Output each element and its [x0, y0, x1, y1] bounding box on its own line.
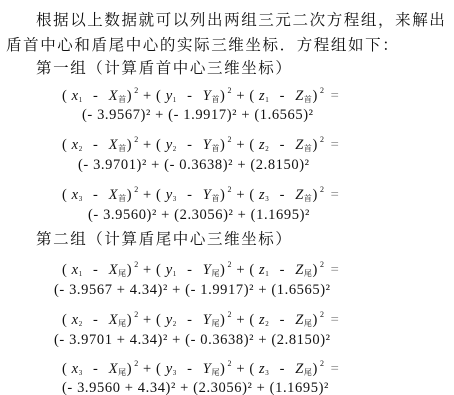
group2-title: 第二组（计算盾尾中心三维坐标） — [36, 229, 293, 249]
group1-title: 第一组（计算盾首中心三维坐标） — [36, 58, 293, 78]
group2-eq3-rhs: (- 3.9560 + 4.34)² + (2.3056)² + (1.1695… — [62, 378, 329, 395]
intro-line-2: 盾首中心和盾尾中心的实际三维坐标．方程组如下： — [6, 35, 399, 55]
group1-eq2-rhs: (- 3.9701)² + (- 0.3638)² + (2.8150)² — [78, 155, 310, 175]
group2-eq2-rhs: (- 3.9701 + 4.34)² + (- 0.3638)² + (2.81… — [54, 330, 331, 350]
group1-eq3-rhs: (- 3.9560)² + (2.3056)² + (1.1695)² — [88, 205, 310, 225]
group1-eq1-rhs: (- 3.9567)² + (- 1.9917)² + (1.6565)² — [82, 105, 314, 125]
group2-eq1-rhs: (- 3.9567 + 4.34)² + (- 1.9917)² + (1.65… — [54, 280, 331, 300]
intro-line-1: 根据以上数据就可以列出两组三元二次方程组，来解出 — [36, 10, 446, 30]
